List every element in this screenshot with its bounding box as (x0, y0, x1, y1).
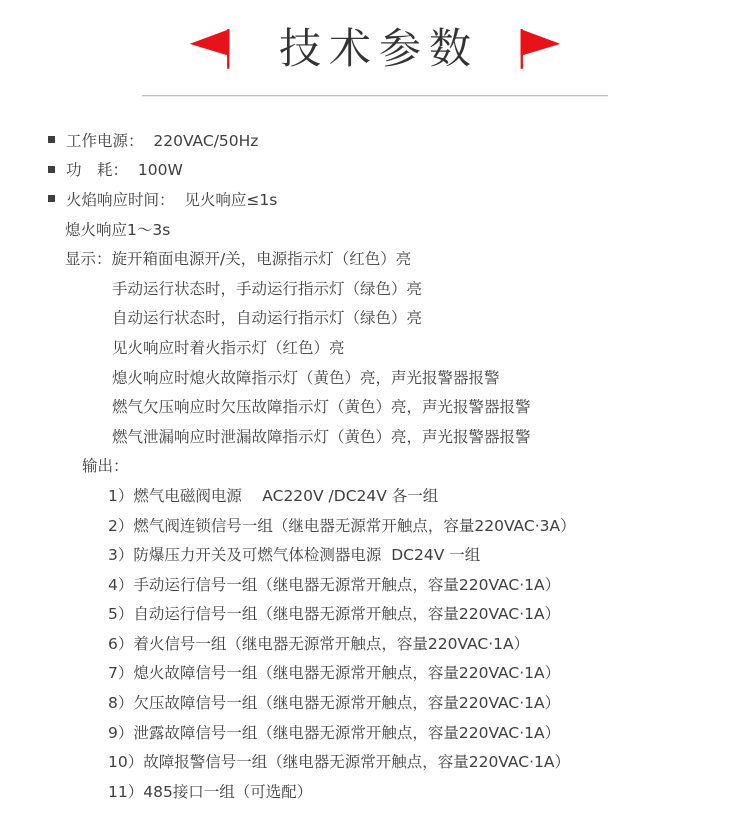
spec-text: 10）故障报警信号一组（继电器无源常开触点，容量220VAC·1A） (108, 750, 570, 772)
spec-output-item-6: 6）着火信号一组（继电器无源常开触点，容量220VAC·1A） (0, 628, 750, 658)
spec-text: 熄火响应1～3s (65, 218, 170, 240)
spec-output-item-9: 9）泄露故障信号一组（继电器无源常开触点，容量220VAC·1A） (0, 717, 750, 747)
spec-output-item-11: 11）485接口一组（可选配） (0, 776, 750, 806)
spec-text: 7）熄火故障信号一组（继电器无源常开触点，容量220VAC·1A） (108, 661, 560, 683)
spec-text: 火焰响应时间： 见火响应≤1s (66, 188, 277, 210)
flag-right-icon (516, 25, 564, 71)
spec-text: 11）485接口一组（可选配） (108, 780, 312, 802)
spec-line-leak-fault: 燃气泄漏响应时泄漏故障指示灯（黄色）亮，声光报警器报警 (0, 421, 750, 451)
spec-text: 9）泄露故障信号一组（继电器无源常开触点，容量220VAC·1A） (108, 721, 560, 743)
spec-text: 6）着火信号一组（继电器无源常开触点，容量220VAC·1A） (108, 632, 529, 654)
spec-output-item-1: 1）燃气电磁阀电源 AC220V /DC24V 各一组 (0, 480, 750, 510)
section-header: 技术参数 (0, 0, 750, 75)
spec-text: 1）燃气电磁阀电源 AC220V /DC24V 各一组 (108, 484, 438, 506)
spec-line-work-power: 工作电源： 220VAC/50Hz (0, 125, 750, 155)
spec-text: 手动运行状态时，手动运行指示灯（绿色）亮 (112, 277, 422, 299)
spec-output-item-2: 2）燃气阀连锁信号一组（继电器无源常开触点，容量220VAC·3A） (0, 510, 750, 540)
spec-text: 燃气欠压响应时欠压故障指示灯（黄色）亮，声光报警器报警 (112, 395, 531, 417)
spec-line-low-pressure-fault: 燃气欠压响应时欠压故障指示灯（黄色）亮，声光报警器报警 (0, 391, 750, 421)
bullet-square-icon (48, 195, 55, 202)
spec-text: 显示：旋开箱面电源开/关，电源指示灯（红色）亮 (65, 247, 411, 269)
spec-line-extinguish-fault: 熄火响应时熄火故障指示灯（黄色）亮，声光报警器报警 (0, 362, 750, 392)
spec-line-manual-run: 手动运行状态时，手动运行指示灯（绿色）亮 (0, 273, 750, 303)
spec-text: 燃气泄漏响应时泄漏故障指示灯（黄色）亮，声光报警器报警 (112, 425, 531, 447)
spec-text: 4）手动运行信号一组（继电器无源常开触点，容量220VAC·1A） (108, 573, 560, 595)
spec-text: 2）燃气阀连锁信号一组（继电器无源常开触点，容量220VAC·3A） (108, 514, 576, 536)
spec-output-item-8: 8）欠压故障信号一组（继电器无源常开触点，容量220VAC·1A） (0, 687, 750, 717)
spec-section-output: 输出： (0, 451, 750, 481)
spec-line-power-consumption: 功 耗： 100W (0, 155, 750, 185)
spec-text: 自动运行状态时，自动运行指示灯（绿色）亮 (112, 306, 422, 328)
spec-line-fire-indicator: 见火响应时着火指示灯（红色）亮 (0, 332, 750, 362)
spec-text: 5）自动运行信号一组（继电器无源常开触点，容量220VAC·1A） (108, 602, 560, 624)
spec-output-item-7: 7）熄火故障信号一组（继电器无源常开触点，容量220VAC·1A） (0, 658, 750, 688)
spec-text: 工作电源： 220VAC/50Hz (66, 129, 258, 151)
spec-text: 见火响应时着火指示灯（红色）亮 (112, 336, 345, 358)
header-divider (142, 95, 608, 96)
flag-left-icon (186, 25, 234, 71)
spec-output-item-5: 5）自动运行信号一组（继电器无源常开触点，容量220VAC·1A） (0, 599, 750, 629)
spec-output-item-4: 4）手动运行信号一组（继电器无源常开触点，容量220VAC·1A） (0, 569, 750, 599)
spec-text: 熄火响应时熄火故障指示灯（黄色）亮，声光报警器报警 (112, 366, 500, 388)
spec-text: 功 耗： 100W (66, 158, 183, 180)
spec-text: 输出： (82, 454, 129, 476)
spec-line-flame-response: 火焰响应时间： 见火响应≤1s (0, 184, 750, 214)
bullet-square-icon (48, 136, 55, 143)
spec-line-auto-run: 自动运行状态时，自动运行指示灯（绿色）亮 (0, 303, 750, 333)
spec-line-extinguish-response: 熄火响应1～3s (0, 214, 750, 244)
spec-text: 3）防爆压力开关及可燃气体检测器电源 DC24V 一组 (108, 543, 480, 565)
spec-text: 8）欠压故障信号一组（继电器无源常开触点，容量220VAC·1A） (108, 691, 560, 713)
bullet-square-icon (48, 166, 55, 173)
spec-line-display: 显示：旋开箱面电源开/关，电源指示灯（红色）亮 (0, 243, 750, 273)
spec-list: 工作电源： 220VAC/50Hz 功 耗： 100W 火焰响应时间： 见火响应… (0, 125, 750, 806)
page-title: 技术参数 (271, 25, 479, 72)
spec-output-item-10: 10）故障报警信号一组（继电器无源常开触点，容量220VAC·1A） (0, 746, 750, 776)
spec-output-item-3: 3）防爆压力开关及可燃气体检测器电源 DC24V 一组 (0, 539, 750, 569)
